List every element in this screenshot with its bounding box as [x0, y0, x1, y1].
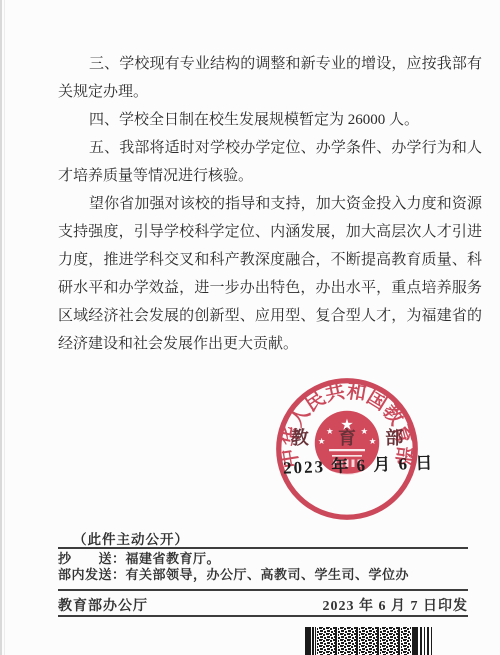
barcode	[305, 627, 443, 655]
cc-line: 抄 送：福建省教育厅。	[58, 551, 468, 567]
disclosure-note: （此件主动公开）	[73, 528, 189, 548]
document-page: 三、学校现有专业结构的调整和新专业的增设，应按我部有关规定办理。 四、学校全日制…	[0, 0, 500, 655]
print-date: 2023 年 6 月 7 日印发	[323, 595, 469, 615]
divider-line-top	[58, 547, 468, 549]
paragraph-item-4: 四、学校全日制在校生发展规模暂定为 26000 人。	[58, 106, 482, 134]
scan-edge-line	[0, 0, 2, 655]
seal-center-text: 教 育 部	[290, 427, 404, 448]
cc-block: 抄 送：福建省教育厅。 部内发送：有关部领导，办公厅、高教司、学生司、学位办	[58, 551, 468, 583]
paragraph-closing: 望你省加强对该校的指导和支持，加大资金投入力度和资源支持强度，引导学校科学定位、…	[58, 190, 482, 358]
paragraph-item-5: 五、我部将适时对学校办学定位、办学条件、办学行为和人才培养质量等情况进行核验。	[58, 134, 482, 190]
letter-body: 三、学校现有专业结构的调整和新专业的增设，应按我部有关规定办理。 四、学校全日制…	[58, 50, 482, 358]
small-star-icon: ★	[361, 427, 368, 436]
small-star-icon: ★	[326, 427, 333, 436]
divider-line-middle	[58, 589, 468, 591]
issuer-name: 教育部办公厅	[58, 595, 148, 615]
scan-edge-line-2	[4, 0, 5, 655]
seal-date: 2023 年 6 月 6 日	[283, 448, 435, 478]
internal-distribution-line: 部内发送：有关部领导，办公厅、高教司、学生司、学位办	[58, 567, 468, 583]
divider-line-bottom	[58, 615, 468, 617]
issuer-row: 教育部办公厅 2023 年 6 月 7 日印发	[58, 595, 468, 615]
paragraph-item-3: 三、学校现有专业结构的调整和新专业的增设，应按我部有关规定办理。	[58, 50, 482, 106]
